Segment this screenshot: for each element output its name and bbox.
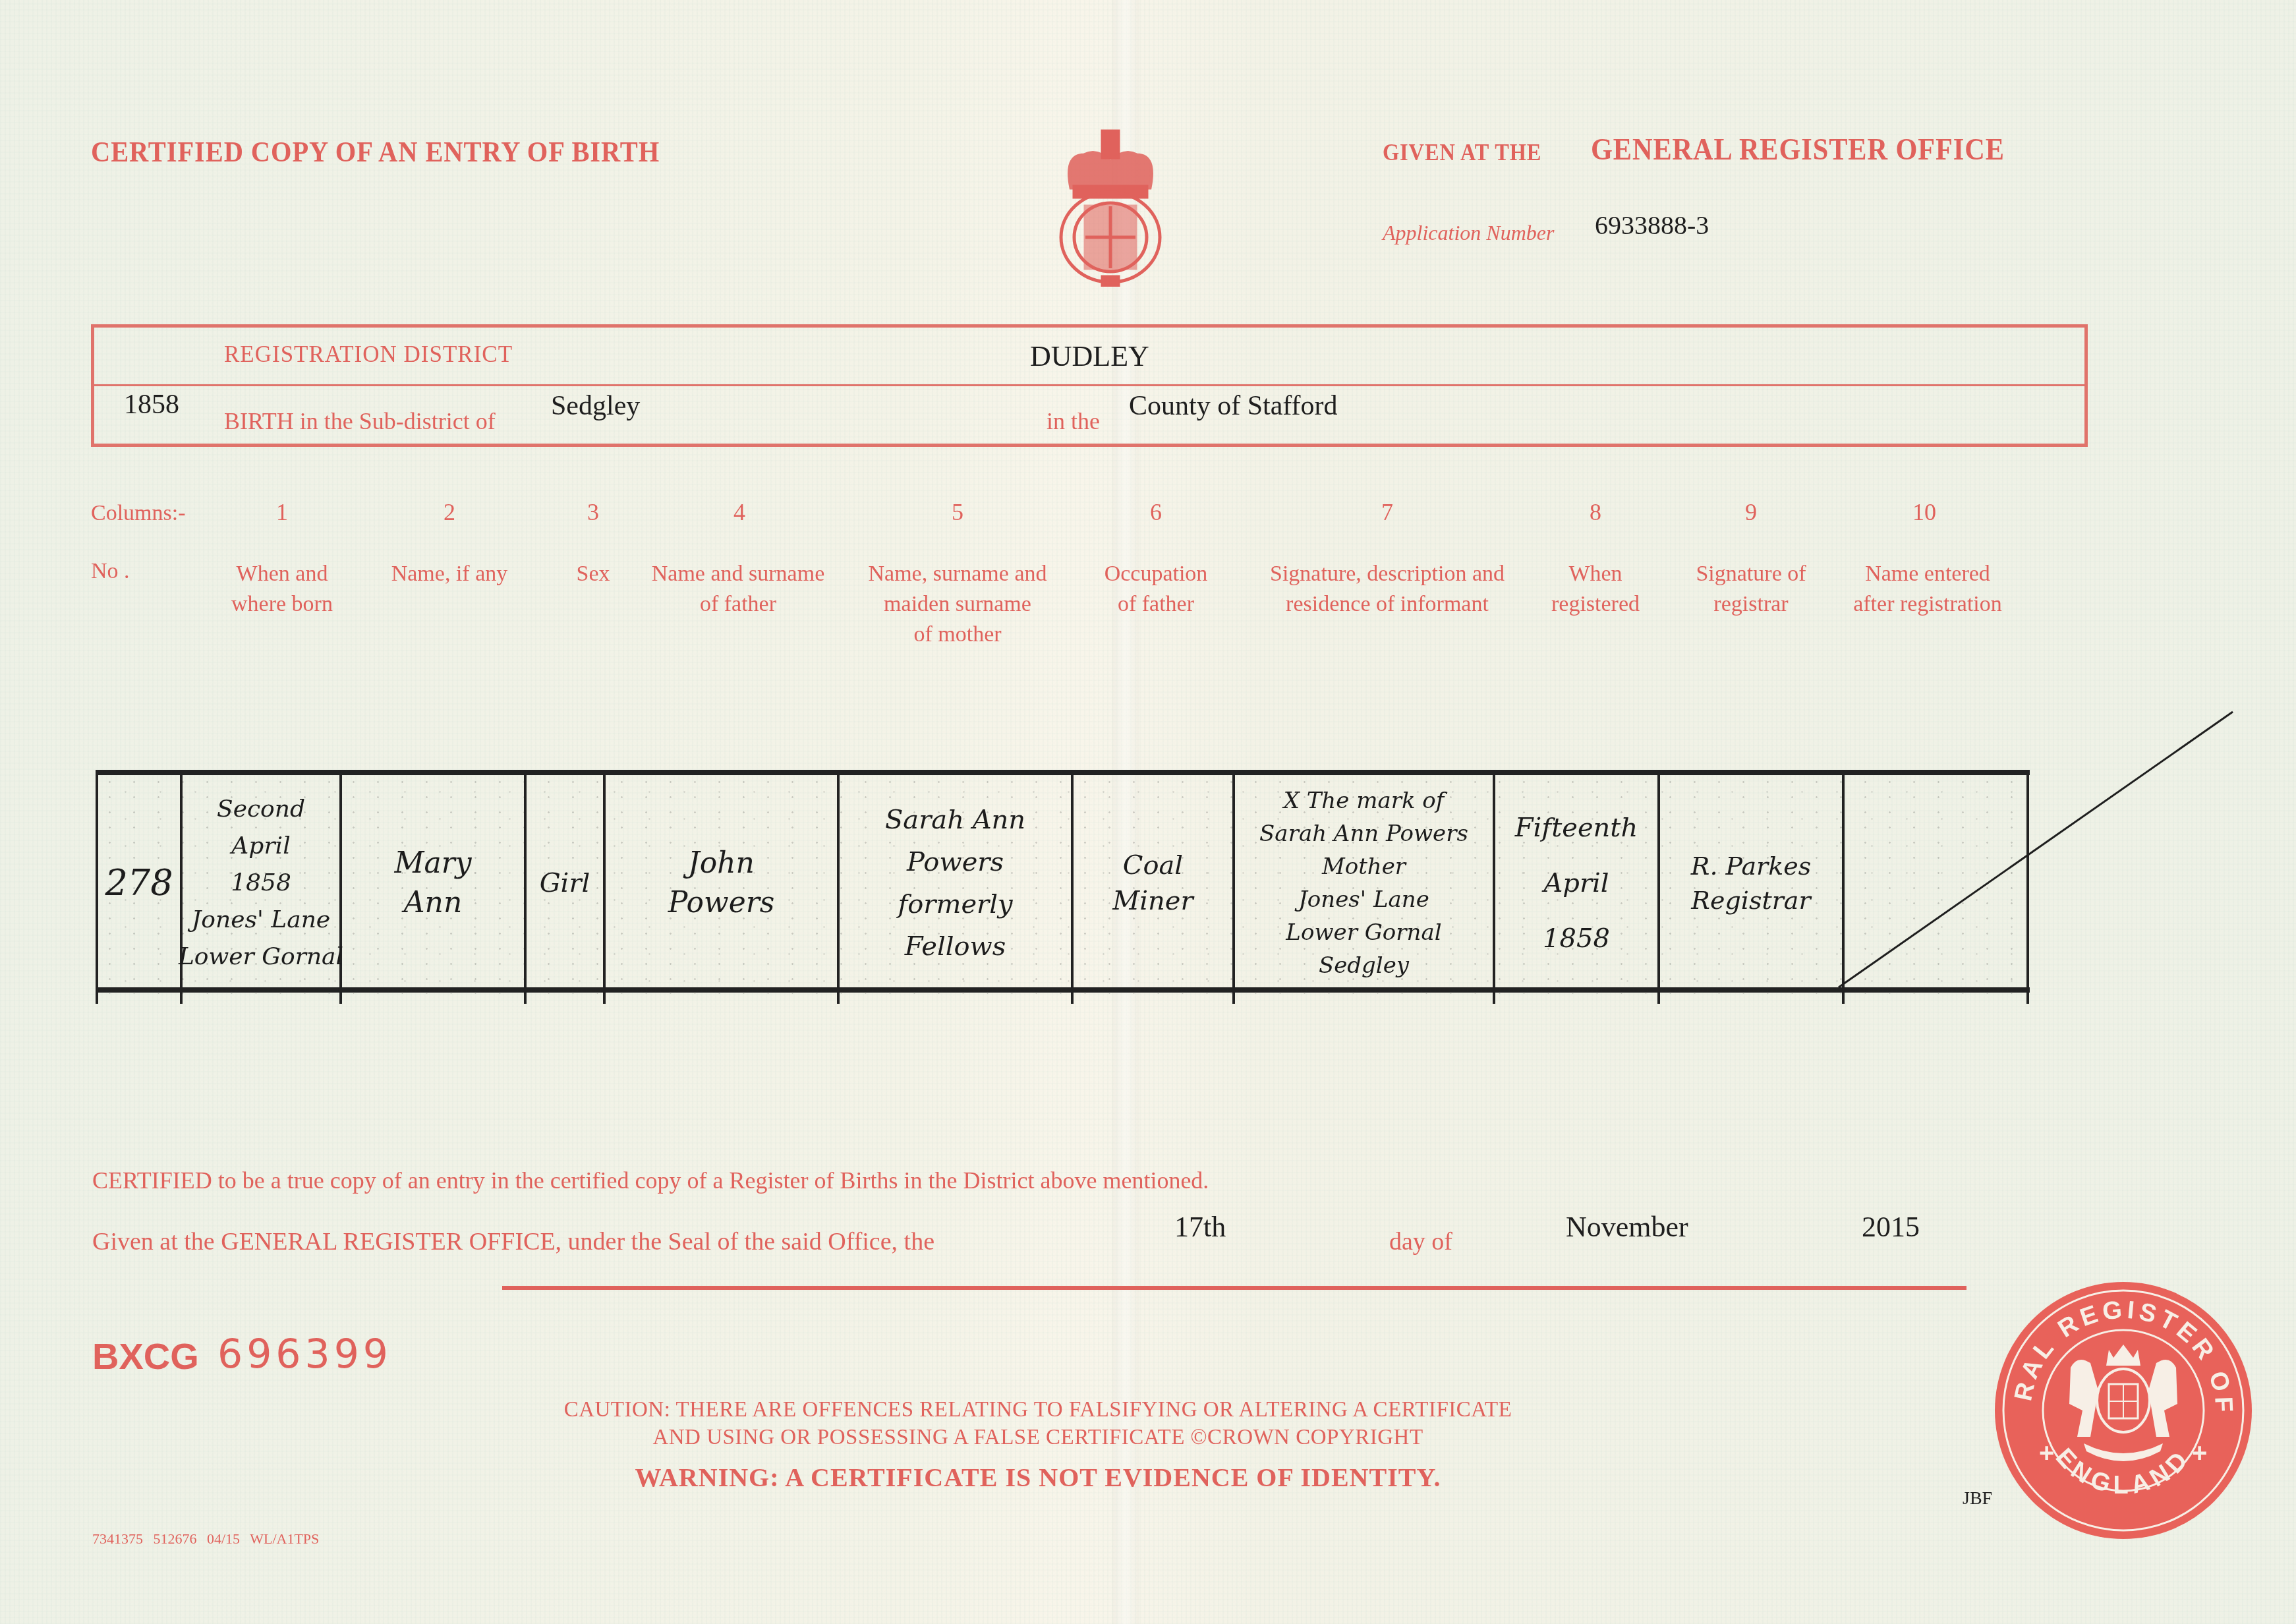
print-code: 7341375 512676 04/15 WL/A1TPS	[92, 1530, 319, 1548]
column-number-8: 8	[1576, 498, 1615, 526]
district-divider	[94, 384, 2084, 386]
county-value: County of Stafford	[1129, 390, 1338, 422]
column-header-occupation: Occupation of father	[1090, 559, 1222, 620]
column-header-name-after: Name entered after registration	[1832, 559, 2023, 620]
clerk-initials: JBF	[1963, 1488, 1992, 1509]
office-name: GENERAL REGISTER OFFICE	[1591, 132, 2005, 167]
entry-sex: Girl	[527, 784, 603, 982]
column-number-4: 4	[720, 498, 759, 526]
entry-mother: Sarah Ann Powers formerly Fellows	[840, 784, 1071, 982]
entry-when-registered: Fifteenth April 1858	[1495, 784, 1657, 982]
column-number-9: 9	[1731, 498, 1771, 526]
svg-text:+: +	[2192, 1439, 2207, 1468]
application-number: 6933888-3	[1595, 210, 1709, 241]
column-header-when-where-born: When and where born	[210, 559, 355, 620]
identity-warning: WARNING: A CERTIFICATE IS NOT EVIDENCE O…	[494, 1462, 1582, 1493]
given-at-label: GIVEN AT THE	[1383, 138, 1541, 166]
registration-district-value: DUDLEY	[1030, 339, 1149, 373]
signature-rule	[502, 1286, 1966, 1290]
column-header-father: Name and surname of father	[639, 559, 837, 620]
subdistrict-value: Sedgley	[551, 390, 640, 422]
application-number-label: Application Number	[1383, 221, 1554, 245]
column-number-3: 3	[573, 498, 613, 526]
column-header-registrar: Signature of registrar	[1682, 559, 1820, 620]
column-number-1: 1	[262, 498, 302, 526]
column-number-7: 7	[1367, 498, 1407, 526]
registration-district-label: REGISTRATION DISTRICT	[224, 341, 513, 368]
day-of-label: day of	[1389, 1227, 1452, 1256]
issue-day: 17th	[1174, 1210, 1226, 1244]
no-column-header: No .	[91, 559, 130, 584]
column-header-when-registered: When registered	[1533, 559, 1658, 620]
entry-father: John Powers	[606, 784, 837, 982]
registration-year: 1858	[124, 389, 179, 420]
given-at-statement: Given at the GENERAL REGISTER OFFICE, un…	[92, 1227, 934, 1256]
entry-name: Mary Ann	[342, 784, 524, 982]
column-number-5: 5	[938, 498, 977, 526]
issue-year: 2015	[1862, 1210, 1920, 1244]
county-label: in the	[1047, 407, 1100, 435]
column-number-2: 2	[430, 498, 469, 526]
issue-month: November	[1566, 1210, 1688, 1244]
serial-number: 696399	[217, 1331, 392, 1377]
gro-seal-icon: GENERAL REGISTER OFFICE ENGLAND + +	[1992, 1279, 2255, 1542]
entry-informant: X The mark of Sarah Ann Powers Mother Jo…	[1235, 784, 1493, 982]
svg-text:+: +	[2039, 1439, 2054, 1468]
column-header-sex: Sex	[554, 559, 633, 589]
cancellation-line	[1720, 685, 2247, 1002]
column-header-name: Name, if any	[377, 559, 522, 589]
entry-when-where-born: Second April 1858 Jones' Lane Lower Gorn…	[183, 784, 339, 982]
subdistrict-label: BIRTH in the Sub-district of	[224, 407, 496, 435]
entry-father-occupation: Coal Miner	[1074, 784, 1232, 982]
column-number-10: 10	[1905, 498, 1944, 526]
certificate-page: CERTIFIED COPY OF AN ENTRY OF BIRTH GIVE…	[0, 0, 2296, 1624]
serial-prefix: BXCG	[92, 1335, 199, 1377]
column-header-informant: Signature, description and residence of …	[1252, 559, 1522, 620]
entry-number: 278	[98, 784, 180, 982]
column-number-6: 6	[1136, 498, 1176, 526]
column-header-mother: Name, surname and maiden surname of moth…	[855, 559, 1060, 650]
columns-label: Columns:-	[91, 501, 186, 526]
caution-notice: CAUTION: THERE ARE OFFENCES RELATING TO …	[494, 1396, 1582, 1451]
certification-statement: CERTIFIED to be a true copy of an entry …	[92, 1167, 1209, 1194]
royal-crest-icon	[1045, 129, 1176, 287]
certificate-title: CERTIFIED COPY OF AN ENTRY OF BIRTH	[91, 135, 660, 169]
